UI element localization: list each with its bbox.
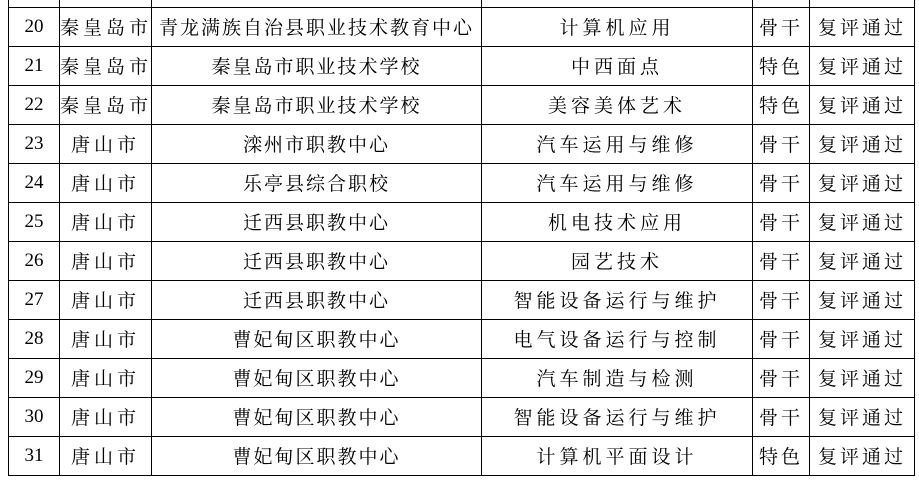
category-cell: 骨干 [753, 358, 810, 397]
category-cell: 特色 [753, 436, 810, 475]
table-row: 28 唐山市 曹妃甸区职教中心 电气设备运行与控制 骨干 复评通过 [9, 319, 915, 358]
table-body: 20 秦皇岛市 青龙满族自治县职业技术教育中心 计算机应用 骨干 复评通过 21… [9, 0, 915, 475]
status-cell: 复评通过 [810, 202, 915, 241]
document-page: 20 秦皇岛市 青龙满族自治县职业技术教育中心 计算机应用 骨干 复评通过 21… [0, 0, 919, 496]
city-cell: 秦皇岛市 [60, 7, 152, 46]
school-cell: 滦州市职教中心 [152, 124, 482, 163]
row-number-cell: 25 [9, 202, 60, 241]
city-cell: 唐山市 [60, 202, 152, 241]
row-number-cell: 26 [9, 241, 60, 280]
major-cell: 电气设备运行与控制 [482, 319, 753, 358]
table-row: 30 唐山市 曹妃甸区职教中心 智能设备运行与维护 骨干 复评通过 [9, 397, 915, 436]
row-number-cell: 20 [9, 7, 60, 46]
city-cell: 唐山市 [60, 280, 152, 319]
stub-cell [152, 0, 482, 7]
status-cell: 复评通过 [810, 280, 915, 319]
table-row: 21 秦皇岛市 秦皇岛市职业技术学校 中西面点 特色 复评通过 [9, 46, 915, 85]
major-cell: 美容美体艺术 [482, 85, 753, 124]
status-cell: 复评通过 [810, 397, 915, 436]
status-cell: 复评通过 [810, 124, 915, 163]
city-cell: 唐山市 [60, 163, 152, 202]
cropped-row-stub [9, 0, 915, 7]
reassessment-table: 20 秦皇岛市 青龙满族自治县职业技术教育中心 计算机应用 骨干 复评通过 21… [8, 0, 915, 476]
stub-cell [9, 0, 60, 7]
school-cell: 迁西县职教中心 [152, 202, 482, 241]
row-number-cell: 24 [9, 163, 60, 202]
category-cell: 骨干 [753, 124, 810, 163]
stub-cell [753, 0, 810, 7]
table-row: 31 唐山市 曹妃甸区职教中心 计算机平面设计 特色 复评通过 [9, 436, 915, 475]
school-cell: 青龙满族自治县职业技术教育中心 [152, 7, 482, 46]
table-row: 22 秦皇岛市 秦皇岛市职业技术学校 美容美体艺术 特色 复评通过 [9, 85, 915, 124]
city-cell: 秦皇岛市 [60, 85, 152, 124]
city-cell: 唐山市 [60, 436, 152, 475]
stub-cell [810, 0, 915, 7]
school-cell: 曹妃甸区职教中心 [152, 319, 482, 358]
city-cell: 唐山市 [60, 241, 152, 280]
category-cell: 骨干 [753, 7, 810, 46]
category-cell: 特色 [753, 85, 810, 124]
school-cell: 迁西县职教中心 [152, 241, 482, 280]
status-cell: 复评通过 [810, 7, 915, 46]
row-number-cell: 29 [9, 358, 60, 397]
school-cell: 迁西县职教中心 [152, 280, 482, 319]
table-row: 23 唐山市 滦州市职教中心 汽车运用与维修 骨干 复评通过 [9, 124, 915, 163]
row-number-cell: 30 [9, 397, 60, 436]
status-cell: 复评通过 [810, 358, 915, 397]
status-cell: 复评通过 [810, 46, 915, 85]
category-cell: 骨干 [753, 163, 810, 202]
school-cell: 曹妃甸区职教中心 [152, 397, 482, 436]
school-cell: 秦皇岛市职业技术学校 [152, 85, 482, 124]
major-cell: 智能设备运行与维护 [482, 280, 753, 319]
row-number-cell: 21 [9, 46, 60, 85]
major-cell: 计算机应用 [482, 7, 753, 46]
stub-cell [60, 0, 152, 7]
category-cell: 骨干 [753, 202, 810, 241]
row-number-cell: 27 [9, 280, 60, 319]
category-cell: 骨干 [753, 319, 810, 358]
table-row: 26 唐山市 迁西县职教中心 园艺技术 骨干 复评通过 [9, 241, 915, 280]
table-row: 27 唐山市 迁西县职教中心 智能设备运行与维护 骨干 复评通过 [9, 280, 915, 319]
status-cell: 复评通过 [810, 85, 915, 124]
major-cell: 园艺技术 [482, 241, 753, 280]
city-cell: 唐山市 [60, 124, 152, 163]
school-cell: 乐亭县综合职校 [152, 163, 482, 202]
major-cell: 中西面点 [482, 46, 753, 85]
city-cell: 唐山市 [60, 319, 152, 358]
status-cell: 复评通过 [810, 436, 915, 475]
category-cell: 骨干 [753, 280, 810, 319]
category-cell: 特色 [753, 46, 810, 85]
row-number-cell: 23 [9, 124, 60, 163]
major-cell: 智能设备运行与维护 [482, 397, 753, 436]
table-row: 29 唐山市 曹妃甸区职教中心 汽车制造与检测 骨干 复评通过 [9, 358, 915, 397]
major-cell: 汽车制造与检测 [482, 358, 753, 397]
table-row: 24 唐山市 乐亭县综合职校 汽车运用与维修 骨干 复评通过 [9, 163, 915, 202]
status-cell: 复评通过 [810, 319, 915, 358]
school-cell: 秦皇岛市职业技术学校 [152, 46, 482, 85]
stub-cell [482, 0, 753, 7]
city-cell: 秦皇岛市 [60, 46, 152, 85]
category-cell: 骨干 [753, 241, 810, 280]
row-number-cell: 22 [9, 85, 60, 124]
city-cell: 唐山市 [60, 358, 152, 397]
major-cell: 计算机平面设计 [482, 436, 753, 475]
school-cell: 曹妃甸区职教中心 [152, 358, 482, 397]
status-cell: 复评通过 [810, 163, 915, 202]
major-cell: 汽车运用与维修 [482, 124, 753, 163]
school-cell: 曹妃甸区职教中心 [152, 436, 482, 475]
row-number-cell: 31 [9, 436, 60, 475]
table-row: 20 秦皇岛市 青龙满族自治县职业技术教育中心 计算机应用 骨干 复评通过 [9, 7, 915, 46]
major-cell: 汽车运用与维修 [482, 163, 753, 202]
city-cell: 唐山市 [60, 397, 152, 436]
status-cell: 复评通过 [810, 241, 915, 280]
table-row: 25 唐山市 迁西县职教中心 机电技术应用 骨干 复评通过 [9, 202, 915, 241]
category-cell: 骨干 [753, 397, 810, 436]
major-cell: 机电技术应用 [482, 202, 753, 241]
row-number-cell: 28 [9, 319, 60, 358]
